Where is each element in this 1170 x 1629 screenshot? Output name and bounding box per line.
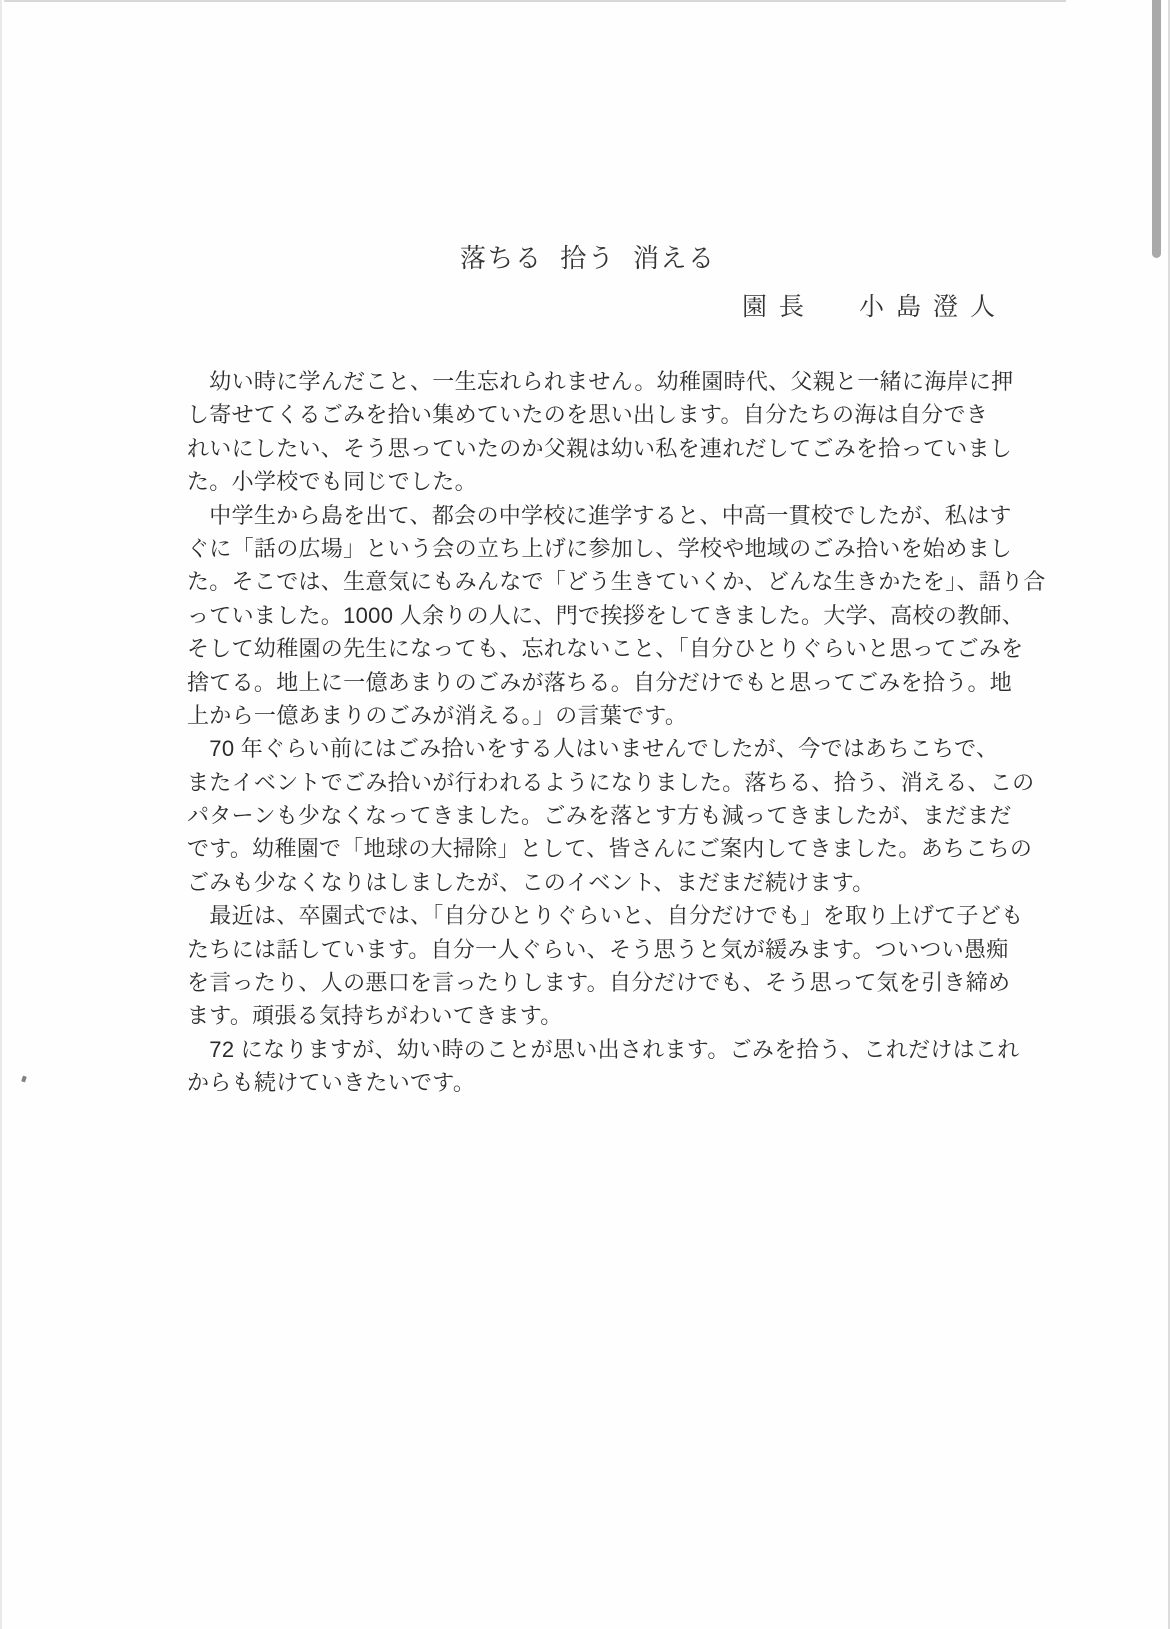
body-line: です。幼稚園で「地球の大掃除」として、皆さんにご案内してきました。あちこちの [187,832,1003,865]
body-line: またイベントでごみ拾いが行われるようになりました。落ちる、拾う、消える、この [187,766,1003,799]
body-line: そして幼稚園の先生になっても、忘れないこと、「自分ひとりぐらいと思ってごみを [187,632,1003,665]
document-page: 落ちる 拾う 消える 園長 小島澄人 幼い時に学んだこと、一生忘れられません。幼… [0,0,1170,1629]
body-line: た。そこでは、生意気にもみんなで「どう生きていくか、どんな生きかたを」、語り合 [187,565,1003,598]
body-line: からも続けていきたいです。 [187,1066,1003,1099]
body-line: ごみも少なくなりはしましたが、このイベント、まだまだ続けます。 [187,866,1003,899]
body-line: れいにしたい、そう思っていたのか父親は幼い私を連れだしてごみを拾っていまし [187,432,1003,465]
body-line: 上から一億あまりのごみが消える。」の言葉です。 [187,699,1003,732]
document-title: 落ちる 拾う 消える [460,238,715,275]
page-left-edge [0,0,2,1629]
body-line: 幼い時に学んだこと、一生忘れられません。幼稚園時代、父親と一緒に海岸に押 [187,365,1003,398]
page-top-edge [4,0,1066,2]
scan-artifact [21,1075,27,1082]
body-line: 捨てる。地上に一億あまりのごみが落ちる。自分だけでもと思ってごみを拾う。地 [187,666,1003,699]
body-line: 70 年ぐらい前にはごみ拾いをする人はいませんでしたが、今ではあちこちで、 [187,732,1003,765]
body-line: た。小学校でも同じでした。 [187,465,1003,498]
body-line: パターンも少なくなってきました。ごみを落とす方も減ってきましたが、まだまだ [187,799,1003,832]
byline: 園長 小島澄人 [742,287,1007,323]
body-line: し寄せてくるごみを拾い集めていたのを思い出します。自分たちの海は自分でき [187,398,1003,431]
byline-author-name: 小島澄人 [859,293,1007,321]
byline-role: 園長 [742,293,816,321]
body-line: ます。頑張る気持ちがわいてきます。 [187,999,1003,1032]
body-line: 最近は、卒園式では、「自分ひとりぐらいと、自分だけでも」を取り上げて子ども [187,899,1003,932]
document-body: 幼い時に学んだこと、一生忘れられません。幼稚園時代、父親と一緒に海岸に押 し寄せ… [187,365,1003,1100]
vertical-scrollbar-thumb[interactable] [1152,0,1161,258]
body-line: たちには話しています。自分一人ぐらい、そう思うと気が緩みます。ついつい愚痴 [187,933,1003,966]
body-line: っていました。1000 人余りの人に、門で挨拶をしてきました。大学、高校の教師、 [187,599,1003,632]
body-line: 72 になりますが、幼い時のことが思い出されます。ごみを拾う、これだけはこれ [187,1033,1003,1066]
body-line: 中学生から島を出て、都会の中学校に進学すると、中高一貫校でしたが、私はす [187,499,1003,532]
body-line: ぐに「話の広場」という会の立ち上げに参加し、学校や地域のごみ拾いを始めまし [187,532,1003,565]
body-line: を言ったり、人の悪口を言ったりします。自分だけでも、そう思って気を引き締め [187,966,1003,999]
